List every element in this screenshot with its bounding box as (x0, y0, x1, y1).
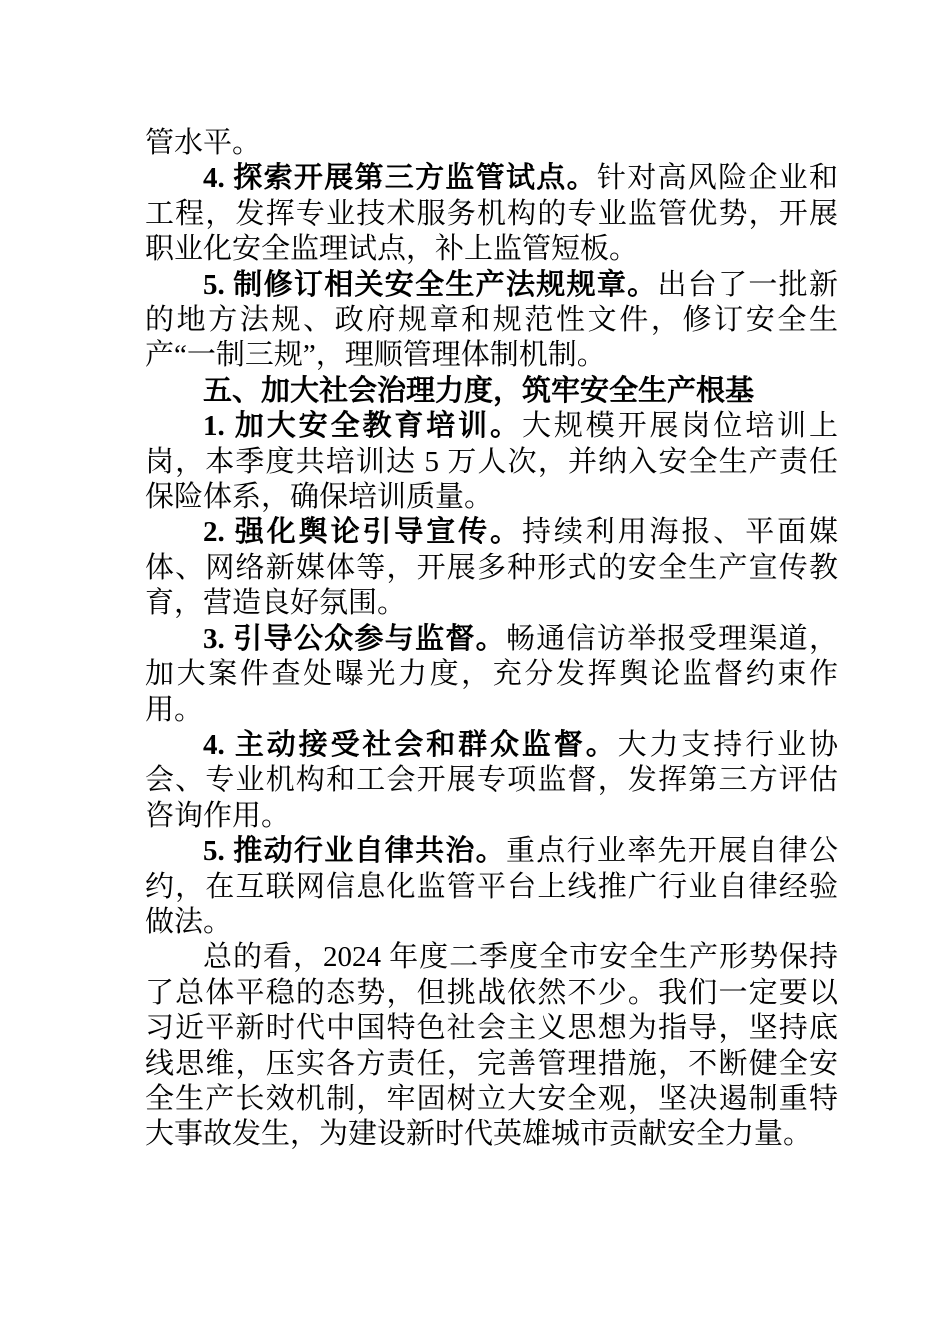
numbered-item-4-supervision-pilot: 4. 探索开展第三方监管试点。针对高风险企业和工程，发挥专业技术服务机构的专业监… (145, 161, 838, 267)
paragraph-continuation: 管水平。 (145, 126, 838, 161)
item-lead: 5. 推动行业自律共治。 (203, 835, 506, 867)
section-heading-five: 五、加大社会治理力度，筑牢安全生产根基 (145, 374, 838, 409)
numbered-item-5-regulations: 5. 制修订相关安全生产法规规章。出台了一批新的地方法规、政府规章和规范性文件，… (145, 268, 838, 374)
numbered-item-2-publicity: 2. 强化舆论引导宣传。持续利用海报、平面媒体、网络新媒体等，开展多种形式的安全… (145, 515, 838, 621)
item-lead: 1. 加大安全教育培训。 (203, 410, 522, 442)
numbered-item-4-social-supervision: 4. 主动接受社会和群众监督。大力支持行业协会、专业机构和工会开展专项监督，发挥… (145, 728, 838, 834)
item-lead: 4. 主动接受社会和群众监督。 (203, 729, 618, 761)
document-page: 管水平。 4. 探索开展第三方监管试点。针对高风险企业和工程，发挥专业技术服务机… (0, 0, 950, 1344)
numbered-item-3-public-supervision: 3. 引导公众参与监督。畅通信访举报受理渠道，加大案件查处曝光力度，充分发挥舆论… (145, 622, 838, 728)
numbered-item-5-self-discipline: 5. 推动行业自律共治。重点行业率先开展自律公约，在互联网信息化监管平台上线推广… (145, 834, 838, 940)
numbered-item-1-training: 1. 加大安全教育培训。大规模开展岗位培训上岗，本季度共培训达 5 万人次，并纳… (145, 409, 838, 515)
item-lead: 2. 强化舆论引导宣传。 (203, 516, 522, 548)
item-lead: 3. 引导公众参与监督。 (203, 623, 506, 655)
item-lead: 5. 制修订相关安全生产法规规章。 (203, 269, 657, 301)
item-lead: 4. 探索开展第三方监管试点。 (203, 162, 597, 194)
paragraph-conclusion: 总的看，2024 年度二季度全市安全生产形势保持了总体平稳的态势，但挑战依然不少… (145, 940, 838, 1152)
